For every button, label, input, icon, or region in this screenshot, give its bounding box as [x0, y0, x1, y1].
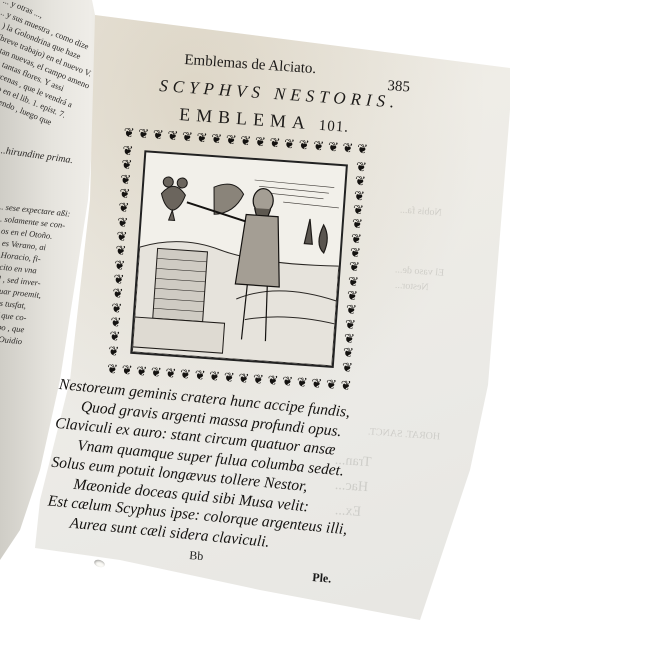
bleed-through-text: Nestor... [395, 279, 429, 294]
emblem-verse: Nestoreum geminis cratera hunc accipe fu… [45, 375, 398, 563]
catchword: Ple. [312, 570, 332, 587]
emblem-number: 101. [318, 118, 349, 136]
signature-mark: Bb [189, 548, 204, 564]
emblem-frame: ❦❦❦❦❦❦❦❦❦❦❦❦❦❦❦❦❦ ❦❦❦❦❦❦❦❦❦❦❦❦❦❦❦ ❦❦❦❦❦❦… [107, 127, 369, 393]
nestor-cup-woodcut-icon [132, 152, 345, 365]
woodcut-illustration [130, 150, 348, 368]
worm-hole [93, 558, 106, 568]
